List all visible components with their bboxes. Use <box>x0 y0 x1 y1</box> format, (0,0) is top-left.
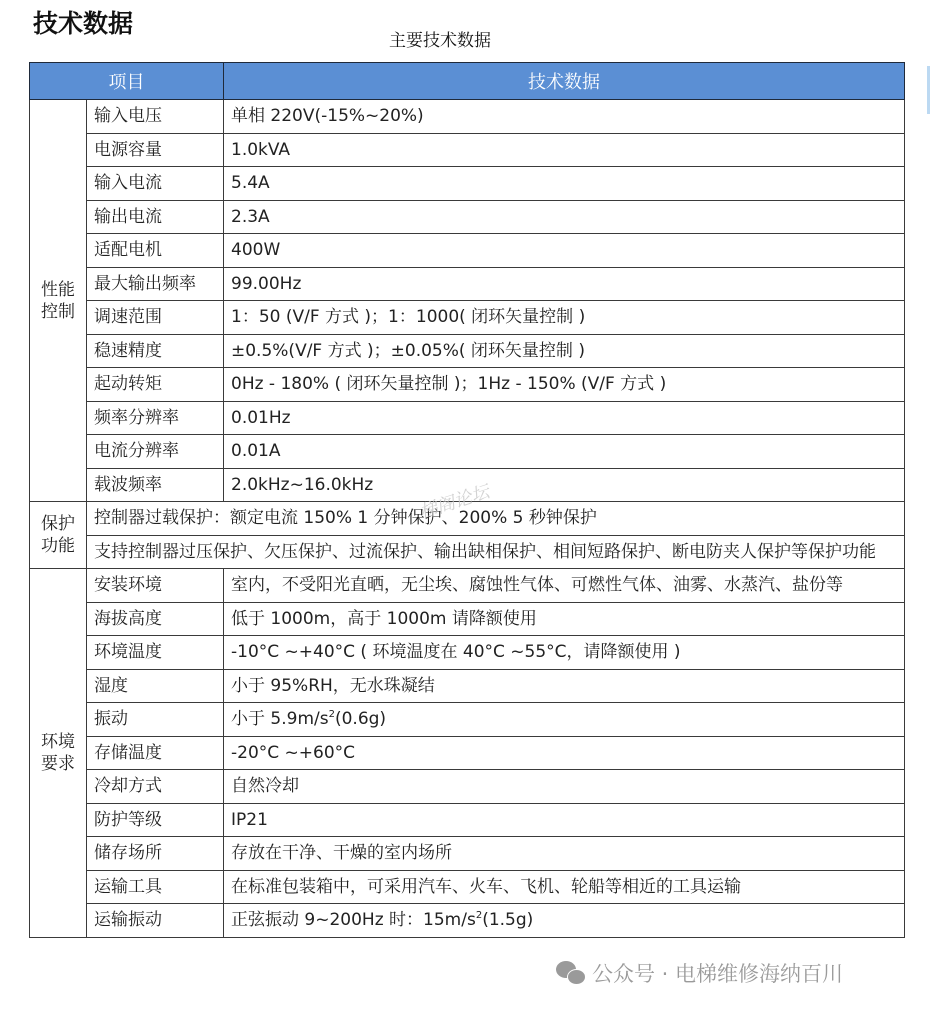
row-value: 1：50 (V/F 方式 )；1：1000( 闭环矢量控制 ) <box>224 301 905 335</box>
row-value: 存放在干净、干燥的室内场所 <box>224 837 905 871</box>
table-row: 电源容量 1.0kVA <box>30 133 905 167</box>
table-row: 输入电流 5.4A <box>30 167 905 201</box>
row-label: 起动转矩 <box>87 368 224 402</box>
table-row: 支持控制器过压保护、欠压保护、过流保护、输出缺相保护、相间短路保护、断电防夹人保… <box>30 535 905 569</box>
row-label: 输入电压 <box>87 100 224 134</box>
table-row: 起动转矩 0Hz - 180% ( 闭环矢量控制 )；1Hz - 150% (V… <box>30 368 905 402</box>
table-row: 适配电机 400W <box>30 234 905 268</box>
row-value: 支持控制器过压保护、欠压保护、过流保护、输出缺相保护、相间短路保护、断电防夹人保… <box>87 535 905 569</box>
row-label: 适配电机 <box>87 234 224 268</box>
table-row: 冷却方式 自然冷却 <box>30 770 905 804</box>
header-data: 技术数据 <box>224 63 905 100</box>
row-label: 运输工具 <box>87 870 224 904</box>
row-label: 冷却方式 <box>87 770 224 804</box>
row-label: 电源容量 <box>87 133 224 167</box>
table-row: 防护等级 IP21 <box>30 803 905 837</box>
row-label: 海拔高度 <box>87 602 224 636</box>
row-label: 环境温度 <box>87 636 224 670</box>
row-label: 载波频率 <box>87 468 224 502</box>
row-label: 稳速精度 <box>87 334 224 368</box>
row-label: 防护等级 <box>87 803 224 837</box>
table-row: 环境要求 安装环境 室内，不受阳光直晒，无尘埃、腐蚀性气体、可燃性气体、油雾、水… <box>30 569 905 603</box>
table-caption: 主要技术数据 <box>0 26 880 51</box>
row-value: 小于 5.9m/s2(0.6g) <box>224 703 905 737</box>
row-label: 输出电流 <box>87 200 224 234</box>
row-value: 小于 95%RH，无水珠凝结 <box>224 669 905 703</box>
category-environment: 环境要求 <box>30 569 87 938</box>
row-label: 调速范围 <box>87 301 224 335</box>
header-item: 项目 <box>30 63 224 100</box>
table-row: 电流分辨率 0.01A <box>30 435 905 469</box>
table-row: 储存场所 存放在干净、干燥的室内场所 <box>30 837 905 871</box>
value-text: 正弦振动 9~200Hz 时：15m/s <box>231 910 476 930</box>
category-performance: 性能控制 <box>30 100 87 502</box>
row-value: 2.0kHz~16.0kHz <box>224 468 905 502</box>
row-value: 控制器过载保护：额定电流 150% 1 分钟保护、200% 5 秒钟保护 <box>87 502 905 536</box>
table-row: 稳速精度 ±0.5%(V/F 方式 )；±0.05%( 闭环矢量控制 ) <box>30 334 905 368</box>
row-value: 0.01A <box>224 435 905 469</box>
row-label: 储存场所 <box>87 837 224 871</box>
wechat-icon <box>556 961 586 985</box>
row-value: 在标准包装箱中，可采用汽车、火车、飞机、轮船等相近的工具运输 <box>224 870 905 904</box>
row-value: 单相 220V(-15%~20%) <box>224 100 905 134</box>
row-value: 99.00Hz <box>224 267 905 301</box>
table-row: 湿度 小于 95%RH，无水珠凝结 <box>30 669 905 703</box>
row-value: 正弦振动 9~200Hz 时：15m/s2(1.5g) <box>224 904 905 938</box>
table-row: 性能控制 输入电压 单相 220V(-15%~20%) <box>30 100 905 134</box>
row-value: ±0.5%(V/F 方式 )；±0.05%( 闭环矢量控制 ) <box>224 334 905 368</box>
table-row: 运输振动 正弦振动 9~200Hz 时：15m/s2(1.5g) <box>30 904 905 938</box>
table-row: 存储温度 -20°C ~+60°C <box>30 736 905 770</box>
row-label: 安装环境 <box>87 569 224 603</box>
table-row: 最大输出频率 99.00Hz <box>30 267 905 301</box>
row-value: -10°C ~+40°C ( 环境温度在 40°C ~55°C，请降额使用 ) <box>224 636 905 670</box>
row-label: 最大输出频率 <box>87 267 224 301</box>
row-value: 自然冷却 <box>224 770 905 804</box>
row-label: 输入电流 <box>87 167 224 201</box>
table-row: 环境温度 -10°C ~+40°C ( 环境温度在 40°C ~55°C，请降额… <box>30 636 905 670</box>
value-text: (1.5g) <box>482 910 533 930</box>
row-value: 5.4A <box>224 167 905 201</box>
category-protection: 保护功能 <box>30 502 87 569</box>
right-accent-bar <box>927 66 930 114</box>
value-text: 小于 5.9m/s <box>231 709 329 729</box>
row-value: 1.0kVA <box>224 133 905 167</box>
row-value: 室内，不受阳光直晒，无尘埃、腐蚀性气体、可燃性气体、油雾、水蒸汽、盐份等 <box>224 569 905 603</box>
row-label: 运输振动 <box>87 904 224 938</box>
row-label: 存储温度 <box>87 736 224 770</box>
row-value: 400W <box>224 234 905 268</box>
table-row: 运输工具 在标准包装箱中，可采用汽车、火车、飞机、轮船等相近的工具运输 <box>30 870 905 904</box>
row-label: 电流分辨率 <box>87 435 224 469</box>
row-value: IP21 <box>224 803 905 837</box>
table-row: 振动 小于 5.9m/s2(0.6g) <box>30 703 905 737</box>
account-watermark-text: 公众号 · 电梯维修海纳百川 <box>592 958 843 988</box>
value-text: (0.6g) <box>335 709 386 729</box>
table-header-row: 项目 技术数据 <box>30 63 905 100</box>
row-value: -20°C ~+60°C <box>224 736 905 770</box>
row-label: 湿度 <box>87 669 224 703</box>
row-value: 0Hz - 180% ( 闭环矢量控制 )；1Hz - 150% (V/F 方式… <box>224 368 905 402</box>
table-row: 输出电流 2.3A <box>30 200 905 234</box>
row-label: 振动 <box>87 703 224 737</box>
account-watermark: 公众号 · 电梯维修海纳百川 <box>556 958 843 988</box>
row-label: 频率分辨率 <box>87 401 224 435</box>
row-value: 0.01Hz <box>224 401 905 435</box>
row-value: 低于 1000m，高于 1000m 请降额使用 <box>224 602 905 636</box>
row-value: 2.3A <box>224 200 905 234</box>
table-row: 调速范围 1：50 (V/F 方式 )；1：1000( 闭环矢量控制 ) <box>30 301 905 335</box>
table-row: 频率分辨率 0.01Hz <box>30 401 905 435</box>
table-row: 海拔高度 低于 1000m，高于 1000m 请降额使用 <box>30 602 905 636</box>
